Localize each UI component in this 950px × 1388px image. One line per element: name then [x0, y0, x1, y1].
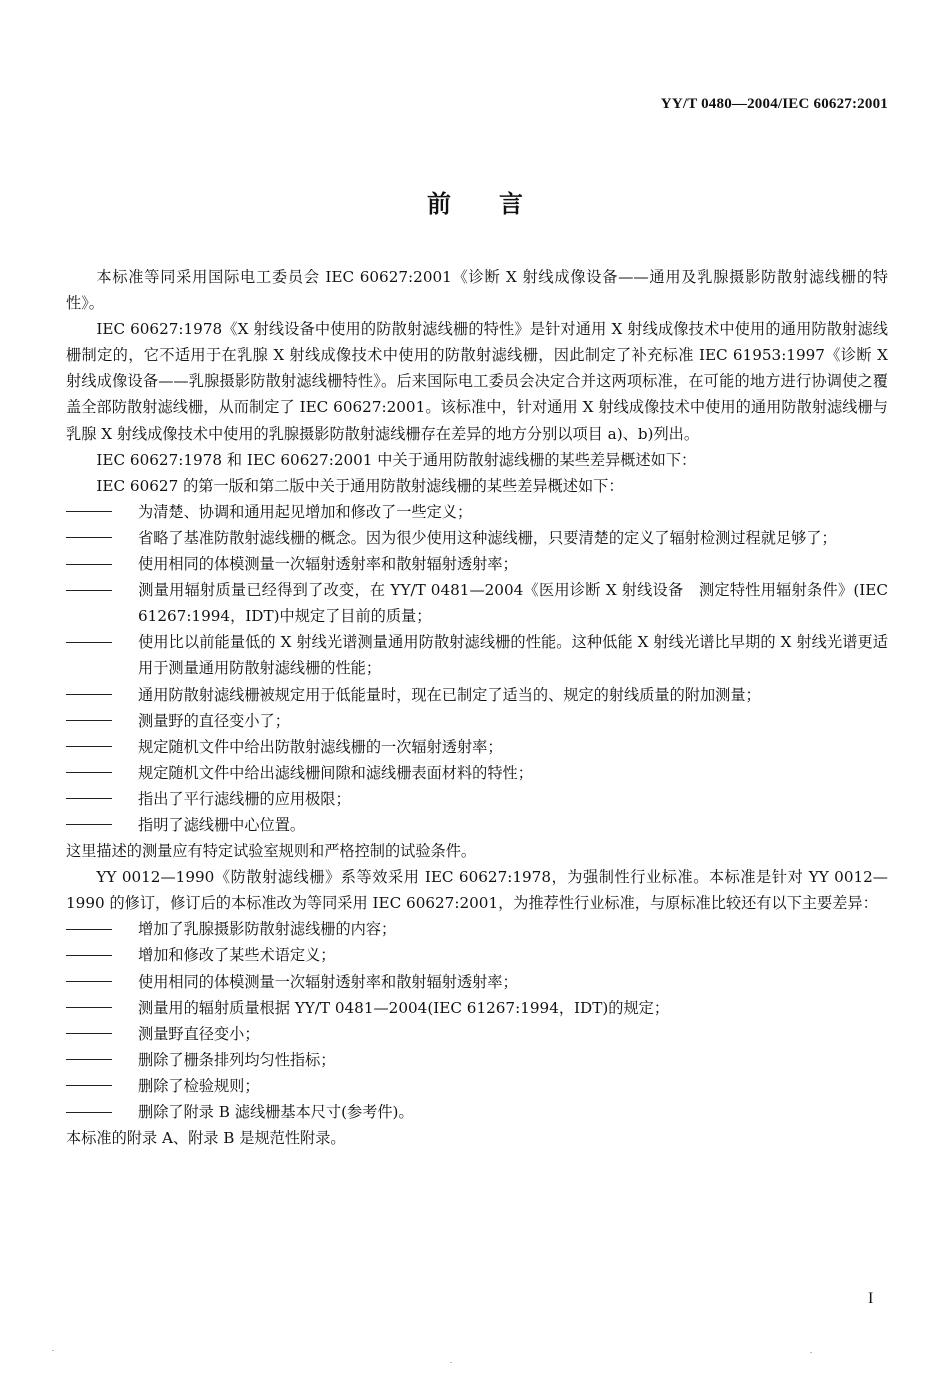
em-dash-bullet: [66, 969, 138, 995]
em-dash-bullet: [66, 551, 138, 577]
em-dash-bullet: [66, 916, 138, 942]
em-dash-bullet: [66, 1047, 138, 1073]
paragraph: IEC 60627:1978《X 射线设备中使用的防散射滤线栅的特性》是针对通用…: [66, 316, 888, 446]
list-item: 使用相同的体模测量一次辐射透射率和散射辐射透射率；: [66, 551, 888, 577]
em-dash-bullet: [66, 786, 138, 812]
em-dash-bullet: [66, 682, 138, 708]
list-item: 增加了乳腺摄影防散射滤线栅的内容；: [66, 916, 888, 942]
scan-speck: [52, 1350, 54, 1351]
em-dash-bullet: [66, 942, 138, 968]
list-item: 为清楚、协调和通用起见增加和修改了一些定义；: [66, 499, 888, 525]
list-item: 测量野直径变小；: [66, 1021, 888, 1047]
scan-speck: [810, 1352, 812, 1353]
list-item: 通用防散射滤线栅被规定用于低能量时，现在已制定了适当的、规定的射线质量的附加测量…: [66, 682, 888, 708]
list-item: 指出了平行滤线栅的应用极限；: [66, 786, 888, 812]
scan-speck: [450, 1362, 452, 1363]
em-dash-bullet: [66, 995, 138, 1021]
em-dash-bullet: [66, 760, 138, 786]
list-item: 测量用的辐射质量根据 YY/T 0481—2004(IEC 61267:1994…: [66, 995, 888, 1021]
paragraph: YY 0012—1990《防散射滤线栅》系等效采用 IEC 60627:1978…: [66, 864, 888, 916]
paragraph: IEC 60627:1978 和 IEC 60627:2001 中关于通用防散射…: [66, 447, 888, 473]
list-item: 规定随机文件中给出滤线栅间隙和滤线栅表面材料的特性；: [66, 760, 888, 786]
page-title: 前言: [0, 184, 950, 219]
list-item: 指明了滤线栅中心位置。: [66, 812, 888, 838]
paragraph: 本标准的附录 A、附录 B 是规范性附录。: [66, 1125, 888, 1151]
em-dash-bullet: [66, 708, 138, 734]
list-item: 测量用辐射质量已经得到了改变，在 YY/T 0481—2004《医用诊断 X 射…: [66, 577, 888, 629]
paragraph: 这里描述的测量应有特定试验室规则和严格控制的试验条件。: [66, 838, 888, 864]
em-dash-bullet: [66, 812, 138, 838]
em-dash-bullet: [66, 499, 138, 525]
em-dash-bullet: [66, 1021, 138, 1047]
em-dash-bullet: [66, 629, 138, 655]
list-item: 删除了栅条排列均匀性指标；: [66, 1047, 888, 1073]
paragraph: 本标准等同采用国际电工委员会 IEC 60627:2001《诊断 X 射线成像设…: [66, 264, 888, 316]
em-dash-bullet: [66, 577, 138, 603]
list-item: 增加和修改了某些术语定义；: [66, 942, 888, 968]
document-body: 本标准等同采用国际电工委员会 IEC 60627:2001《诊断 X 射线成像设…: [66, 264, 888, 1151]
standard-code-header: YY/T 0480—2004/IEC 60627:2001: [661, 96, 888, 113]
list-item: 规定随机文件中给出防散射滤线栅的一次辐射透射率；: [66, 734, 888, 760]
paragraph: IEC 60627 的第一版和第二版中关于通用防散射滤线栅的某些差异概述如下：: [66, 473, 888, 499]
em-dash-bullet: [66, 1099, 138, 1125]
em-dash-bullet: [66, 525, 138, 551]
list-item: 使用比以前能量低的 X 射线光谱测量通用防散射滤线栅的性能。这种低能 X 射线光…: [66, 629, 888, 681]
list-item: 使用相同的体模测量一次辐射透射率和散射辐射透射率；: [66, 969, 888, 995]
em-dash-bullet: [66, 734, 138, 760]
em-dash-bullet: [66, 1073, 138, 1099]
list-item: 删除了检验规则；: [66, 1073, 888, 1099]
list-item: 测量野的直径变小了；: [66, 708, 888, 734]
list-item: 省略了基准防散射滤线栅的概念。因为很少使用这种滤线栅，只要清楚的定义了辐射检测过…: [66, 525, 888, 551]
page-number: I: [868, 1290, 873, 1308]
list-item: 删除了附录 B 滤线栅基本尺寸(参考件)。: [66, 1099, 888, 1125]
